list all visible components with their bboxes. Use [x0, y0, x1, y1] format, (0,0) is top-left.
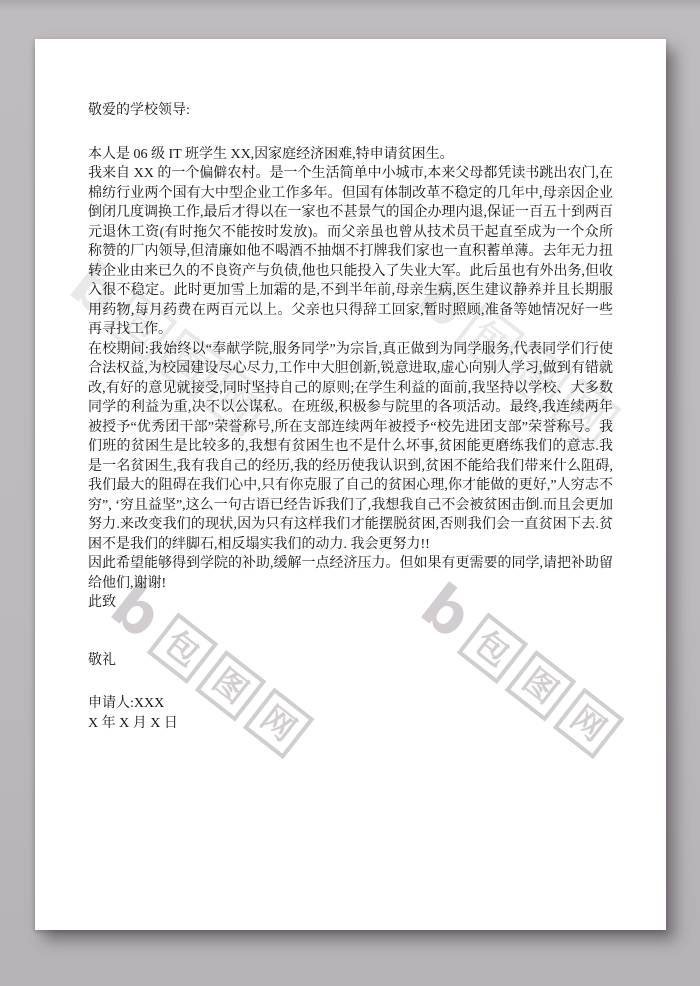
closing-salute: 敬礼 — [88, 651, 613, 671]
paragraph-family-situation: 我来自 XX 的一个偏僻农村。是一个生活简单中小城市,本来父母都凭读书跳出农门,… — [88, 164, 613, 340]
paragraph-request: 因此希望能够得到学院的补助,缓解一点经济压力。但如果有更需要的同学,请把补助留给… — [88, 554, 613, 593]
letter-body: 敬爱的学校领导: 本人是 06 级 IT 班学生 XX,因家庭经济困难,特申请贫… — [88, 101, 613, 733]
document-page: b 包 图 网 b 包 图 网 b 包 图 网 b 包 图 网 — [35, 39, 666, 930]
application-date: X 年 X 月 X 日 — [88, 714, 613, 734]
salutation: 敬爱的学校领导: — [88, 101, 613, 121]
paragraph-intro: 本人是 06 级 IT 班学生 XX,因家庭经济困难,特申请贫困生。 — [88, 145, 613, 165]
cizhi-line: 此致 — [88, 593, 613, 613]
applicant-signature: 申请人:XXX — [88, 694, 613, 714]
paragraph-school-performance: 在校期间:我始终以“奉献学院,服务同学”为宗旨,真正做到为同学服务,代表同学们行… — [88, 340, 613, 555]
desktop-background: b 包 图 网 b 包 图 网 b 包 图 网 b 包 图 网 — [0, 0, 700, 986]
